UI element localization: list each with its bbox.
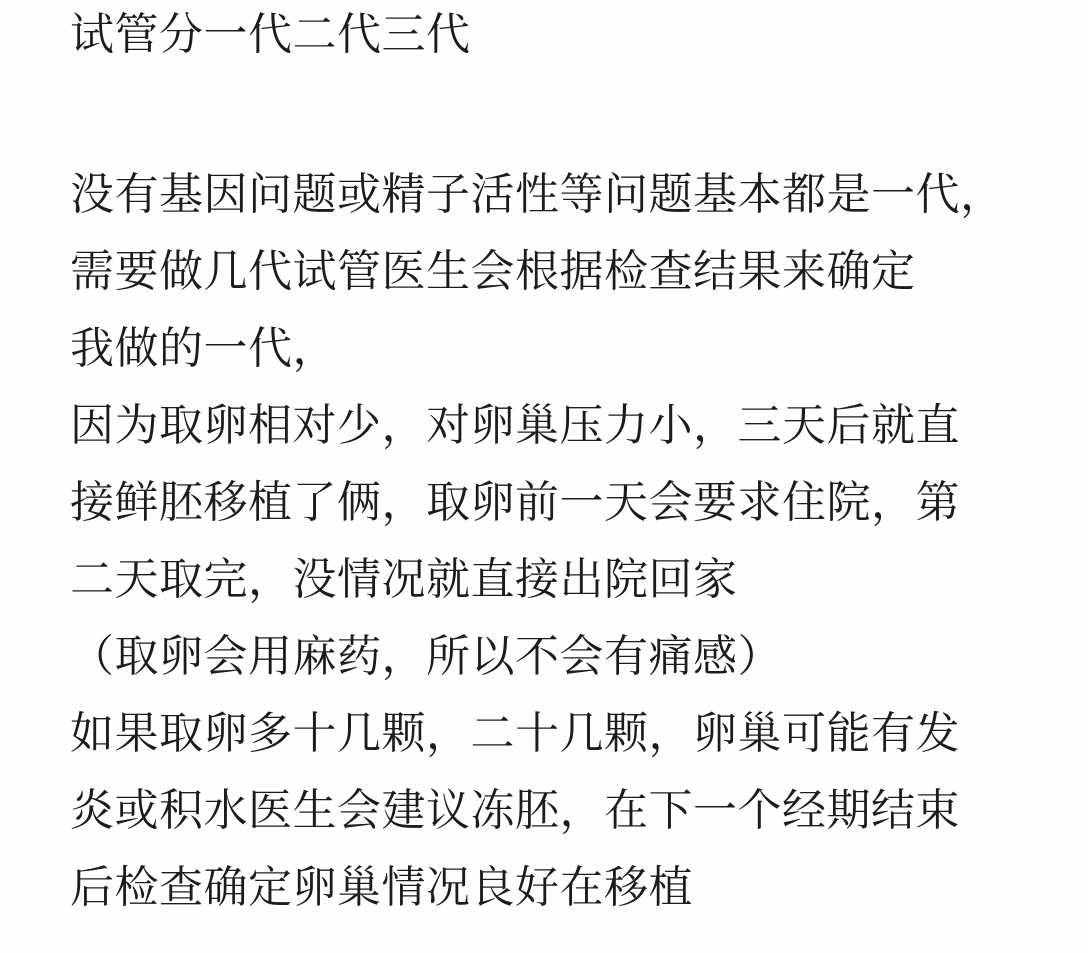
text-note-page: 试管分一代二代三代 没有基因问题或精子活性等问题基本都是一代， 需要做几代试管医… [0,0,1088,953]
text-line: 因为取卵相对少，对卵巢压力小，三天后就直 [70,387,1030,464]
text-line: 二天取完，没情况就直接出院回家 [70,541,1030,618]
text-line: 需要做几代试管医生会根据检查结果来确定 [70,233,1030,310]
text-line: 没有基因问题或精子活性等问题基本都是一代， [70,156,1030,233]
text-line: 炎或积水医生会建议冻胚，在下一个经期结束 [70,772,1030,849]
text-line: 我做的一代， [70,310,1030,387]
text-line: 如果取卵多十几颗，二十几颗，卵巢可能有发 [70,695,1030,772]
page-title: 试管分一代二代三代 [70,5,471,65]
text-line: 后检查确定卵巢情况良好在移植 [70,849,1030,926]
text-line: （取卵会用麻药，所以不会有痛感） [70,618,1030,695]
note-body: 没有基因问题或精子活性等问题基本都是一代， 需要做几代试管医生会根据检查结果来确… [70,156,1030,926]
text-line: 接鲜胚移植了俩，取卵前一天会要求住院，第 [70,464,1030,541]
